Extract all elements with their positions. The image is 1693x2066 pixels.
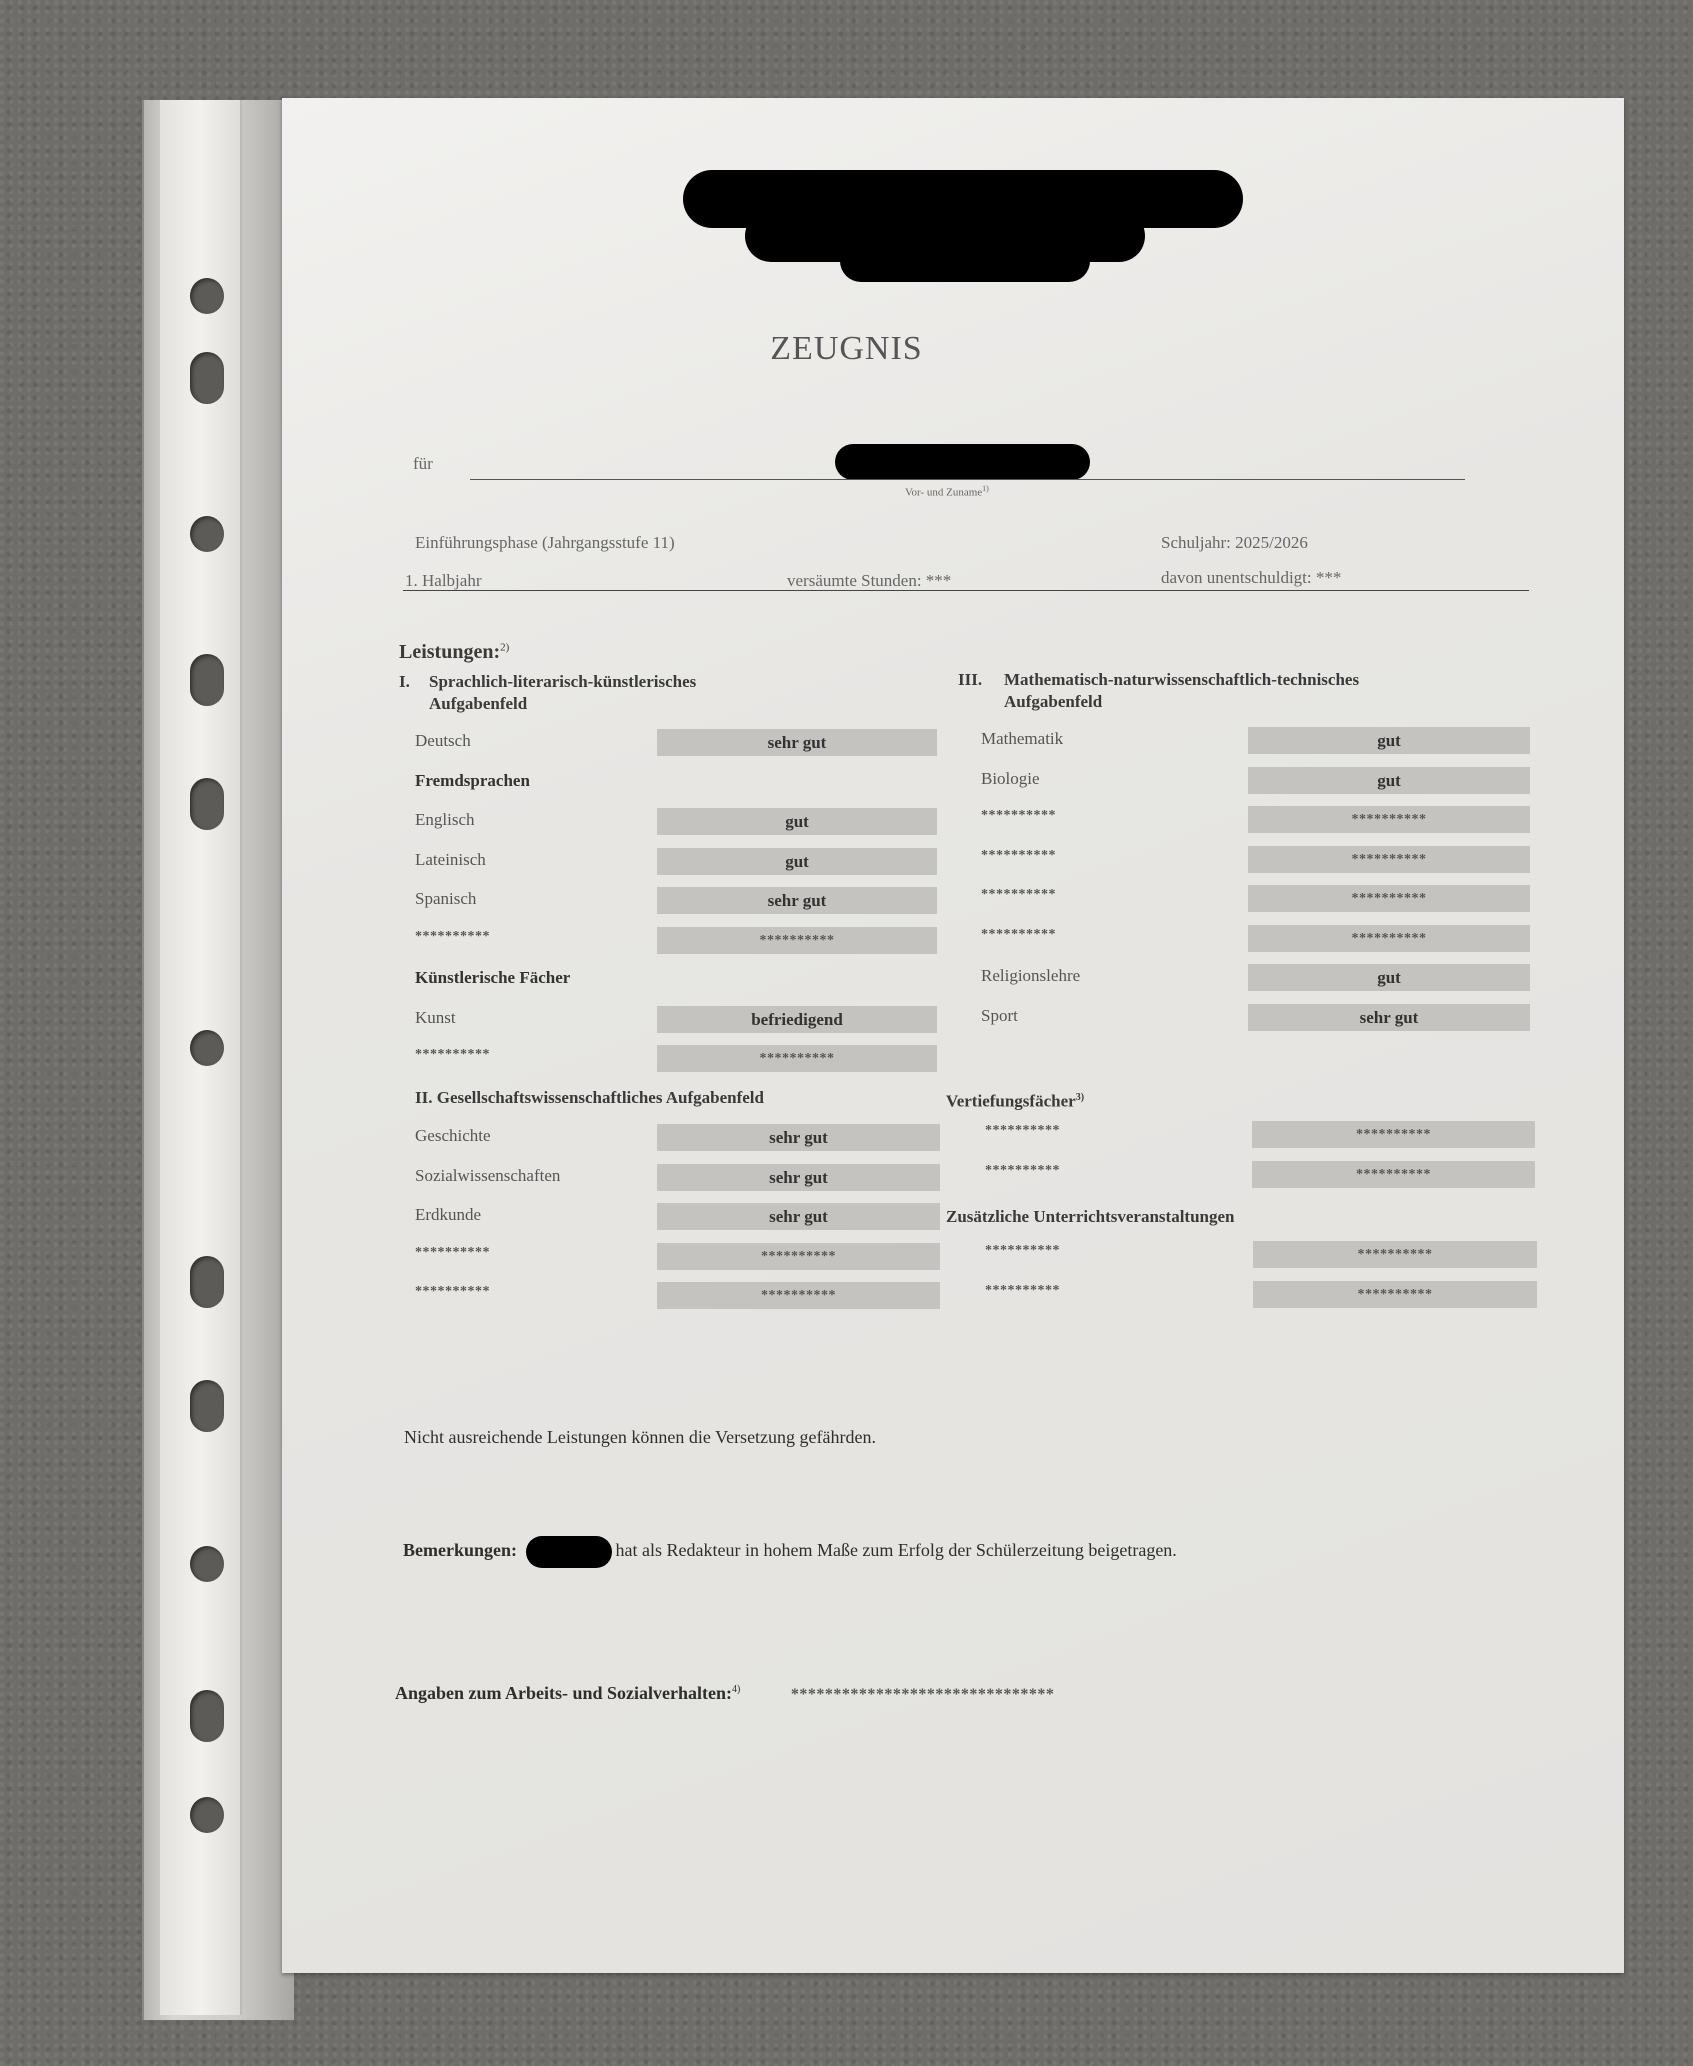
grade-cell: gut (1248, 767, 1530, 794)
subject-name: Religionslehre (981, 966, 1080, 986)
grade-cell: ********** (1248, 885, 1530, 912)
subject-name: ********** (415, 1284, 490, 1300)
subject-name: Kunst (415, 1008, 456, 1028)
redacted-student-name (835, 444, 1090, 480)
subject-name: Biologie (981, 769, 1040, 789)
grade-cell: ********** (1252, 1121, 1535, 1148)
warning-text: Nicht ausreichende Leistungen können die… (404, 1427, 876, 1448)
punch-hole (190, 1380, 224, 1432)
name-line (470, 479, 1465, 480)
subject-name: Spanisch (415, 889, 476, 909)
punch-hole (190, 1256, 224, 1308)
behavior: Angaben zum Arbeits- und Sozialverhalten… (395, 1683, 1054, 1704)
grade-cell: ********** (657, 1243, 940, 1270)
grade-cell: ********** (1248, 846, 1530, 873)
grade-cell: ********** (1253, 1281, 1537, 1308)
grade-cell: sehr gut (1248, 1004, 1530, 1031)
phase-label: Einführungsphase (Jahrgangsstufe 11) (415, 533, 675, 553)
grade-cell: sehr gut (657, 1203, 940, 1230)
grade-cell: ********** (657, 927, 937, 954)
header-rule (403, 590, 1529, 591)
subject-name: ********** (985, 1243, 1060, 1259)
subject-name: Sport (981, 1006, 1018, 1026)
punch-hole (190, 778, 224, 830)
subject-name: ********** (985, 1283, 1060, 1299)
section-iii-heading: III.Mathematisch-naturwissenschaftlich-t… (958, 669, 1359, 713)
punch-hole (190, 1546, 224, 1582)
deepening-heading: Vertiefungsfächer3) (946, 1087, 1084, 1113)
punch-hole (190, 1030, 224, 1066)
subject-name: ********** (981, 808, 1056, 824)
section-ii-heading: II. Gesellschaftswissenschaftliches Aufg… (415, 1087, 764, 1109)
punch-hole (190, 654, 224, 706)
grade-cell: befriedigend (657, 1006, 937, 1033)
subject-name: Englisch (415, 810, 475, 830)
grade-cell: sehr gut (657, 1164, 940, 1191)
grade-cell: gut (657, 808, 937, 835)
remarks-label: Bemerkungen: (403, 1540, 517, 1560)
subject-name: ********** (415, 1047, 490, 1063)
grade-cell: gut (657, 848, 937, 875)
name-caption: Vor- und Zuname1) (905, 484, 989, 499)
grade-cell: sehr gut (657, 887, 937, 914)
subject-name: Deutsch (415, 731, 471, 751)
subject-name: ********** (981, 927, 1056, 943)
subject-name: ********** (981, 887, 1056, 903)
grade-cell: gut (1248, 964, 1530, 991)
grade-cell: ********** (1248, 806, 1530, 833)
unexcused-hours: davon unentschuldigt: *** (1161, 568, 1341, 588)
grade-cell: ********** (1248, 925, 1530, 952)
punch-hole (190, 1797, 224, 1833)
semester: 1. Halbjahr (405, 571, 481, 591)
for-label: für (413, 454, 433, 474)
behavior-value: ******************************* (791, 1686, 1055, 1703)
remarks-text: hat als Redakteur in hohem Maße zum Erfo… (616, 1540, 1177, 1560)
performance-heading: Leistungen:2) (399, 641, 509, 664)
subject-group-label: Künstlerische Fächer (415, 968, 570, 988)
redacted-school-city (840, 240, 1090, 282)
subject-name: ********** (415, 929, 490, 945)
subject-name: ********** (985, 1163, 1060, 1179)
subject-name: Sozialwissenschaften (415, 1166, 560, 1186)
subject-name: Lateinisch (415, 850, 486, 870)
subject-name: Erdkunde (415, 1205, 481, 1225)
missed-hours: versäumte Stunden: *** (787, 571, 951, 591)
grade-cell: ********** (657, 1045, 937, 1072)
subject-name: ********** (415, 1245, 490, 1261)
grade-cell: ********** (1252, 1161, 1535, 1188)
subject-name: ********** (981, 848, 1056, 864)
subject-group-label: Fremdsprachen (415, 771, 530, 791)
grade-cell: ********** (1253, 1241, 1537, 1268)
school-year: Schuljahr: 2025/2026 (1161, 533, 1308, 553)
grade-cell: sehr gut (657, 729, 937, 756)
remarks: Bemerkungen: hat als Redakteur in hohem … (403, 1536, 1177, 1568)
redacted-student-first-name (526, 1536, 612, 1568)
subject-name: Geschichte (415, 1126, 491, 1146)
section-i-heading: I.Sprachlich-literarisch-künstlerisches … (399, 671, 696, 715)
additional-heading: Zusätzliche Unterrichtsveranstaltungen (946, 1206, 1235, 1228)
punch-hole (190, 1690, 224, 1742)
subject-name: ********** (985, 1123, 1060, 1139)
grade-cell: sehr gut (657, 1124, 940, 1151)
document-title: ZEUGNIS (0, 330, 1693, 368)
grade-cell: ********** (657, 1282, 940, 1309)
grade-cell: gut (1248, 727, 1530, 754)
punch-hole (190, 516, 224, 552)
behavior-label: Angaben zum Arbeits- und Sozialverhalten… (395, 1683, 732, 1703)
subject-name: Mathematik (981, 729, 1063, 749)
punch-hole (190, 278, 224, 314)
